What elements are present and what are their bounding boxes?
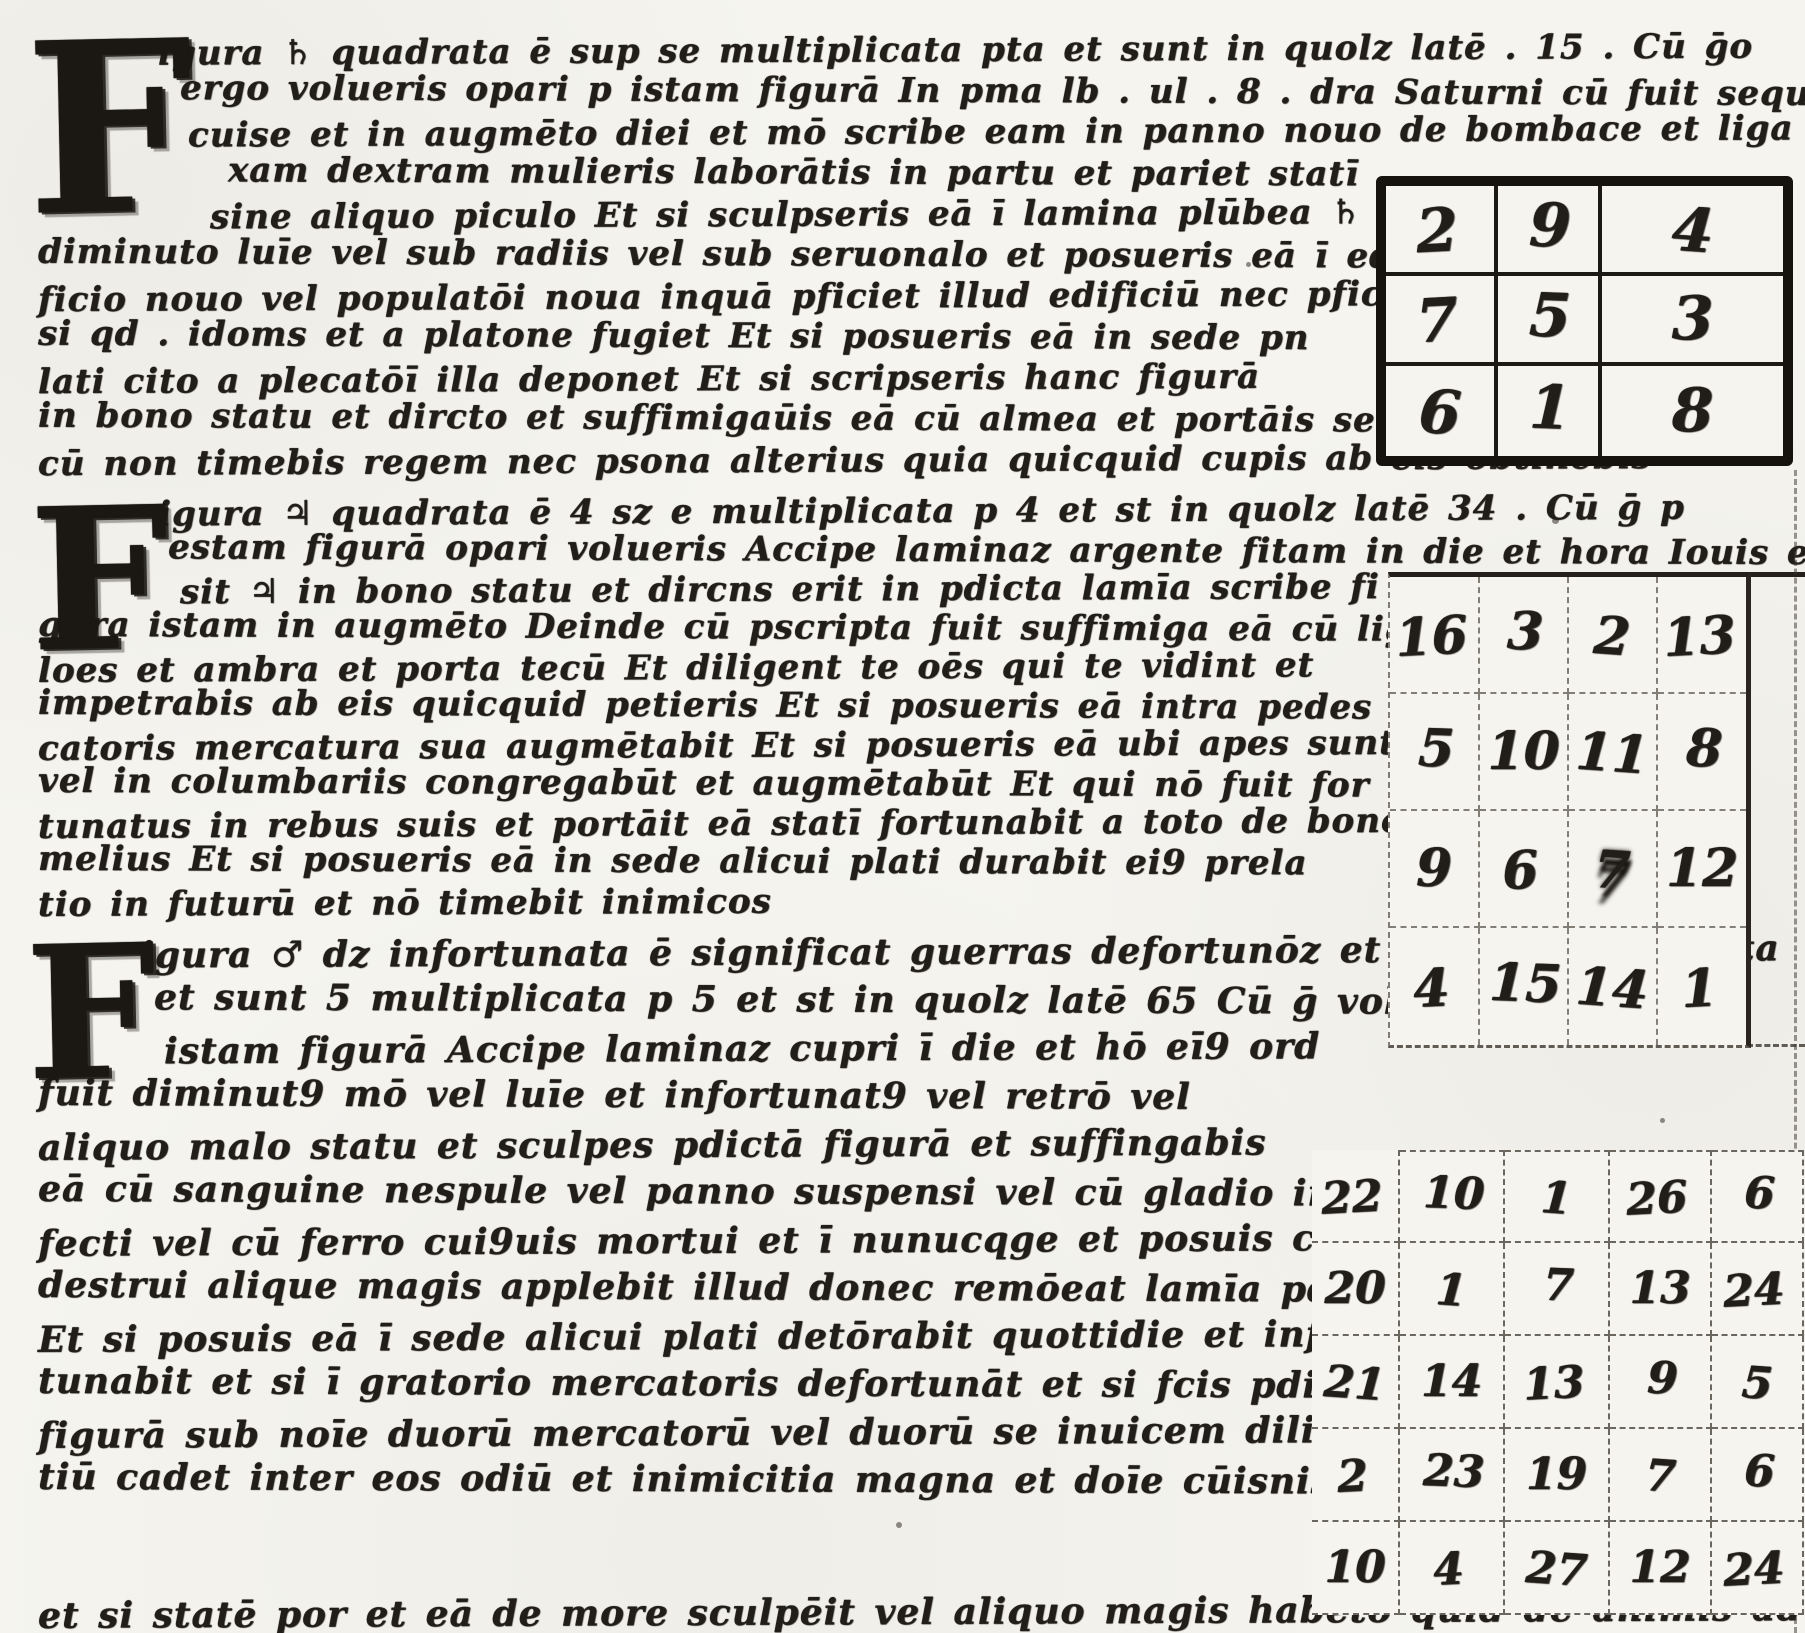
text-line: estam figurā opari volueris Accipe lamin…: [38, 528, 1805, 573]
square-cell-number: 26: [1625, 1172, 1689, 1226]
square-cell-number: 2: [1414, 195, 1459, 267]
square-cell: 10: [1312, 1522, 1400, 1615]
square-cell: 7: [1505, 1243, 1610, 1336]
square-cell: 24: [1712, 1522, 1804, 1615]
square-cell: 3: [1480, 577, 1569, 694]
square-cell: 4: [1400, 1522, 1505, 1615]
square-cell: 4: [1390, 928, 1480, 1045]
ink-speck: [896, 1522, 902, 1528]
magic-square-4x4: 16321351011896712415141: [1388, 572, 1751, 1048]
square-cell-number: 5: [1740, 1357, 1774, 1410]
square-cell: 14: [1569, 928, 1658, 1045]
square-cell: 1: [1498, 366, 1602, 456]
drop-cap-initial-mars: F: [24, 931, 158, 1096]
square-cell-number: 6: [1501, 839, 1540, 902]
square-cell-number: 12: [1666, 838, 1738, 899]
square-cell: 5: [1712, 1336, 1804, 1429]
square-cell: 6: [1712, 1429, 1804, 1522]
square-cell-number: 15: [1488, 952, 1562, 1015]
square-cell-number: 24: [1722, 1543, 1786, 1597]
square-cell: 5: [1390, 694, 1480, 811]
square-cell-number: 8: [1672, 376, 1714, 446]
square-cell-number: 13: [1522, 1357, 1586, 1411]
square-cell-number: 7: [1592, 839, 1632, 902]
square-cell: 9: [1390, 811, 1480, 928]
square-cell-number: 7: [1643, 1450, 1677, 1503]
square-cell-number: 1: [1528, 372, 1572, 443]
square-cell-number: 14: [1421, 1356, 1482, 1407]
square-cell-number: 9: [1528, 190, 1572, 261]
ink-speck: [1660, 1118, 1665, 1123]
square-cell: 2: [1386, 186, 1498, 276]
square-cell-number: 10: [1422, 1167, 1485, 1220]
square-cell: 16: [1390, 577, 1480, 694]
square-cell: 21: [1312, 1336, 1400, 1429]
square-cell: 1: [1505, 1150, 1610, 1243]
drop-cap-initial-jupiter: F: [28, 493, 171, 668]
square-cell: 27: [1505, 1522, 1610, 1615]
square-cell: 12: [1658, 811, 1746, 928]
square-cell: 9: [1610, 1336, 1712, 1429]
square-cell: 15: [1480, 928, 1569, 1045]
square-cell-number: 4: [1432, 1543, 1465, 1596]
square-cell: 10: [1400, 1150, 1505, 1243]
square-cell: 22: [1312, 1150, 1400, 1243]
square-cell-number: 7: [1542, 1260, 1574, 1312]
square-cell: 26: [1610, 1150, 1712, 1243]
square-cell-number: 19: [1526, 1449, 1587, 1500]
magic-square-5x5: 2210126620171324211413952231976104271224: [1312, 1150, 1804, 1615]
square-cell: 14: [1400, 1336, 1505, 1429]
square-cell: 5: [1498, 276, 1602, 366]
square-cell-number: 4: [1669, 195, 1716, 268]
square-cell-number: 12: [1629, 1542, 1690, 1593]
square-cell-number: 2: [1335, 1450, 1368, 1503]
square-cell-number: 21: [1323, 1356, 1388, 1411]
square-cell: 23: [1400, 1429, 1505, 1522]
square-cell: 20: [1312, 1243, 1400, 1336]
square-cell: 6: [1386, 366, 1498, 456]
square-cell-number: 20: [1324, 1263, 1385, 1314]
square-cell: 1: [1658, 928, 1746, 1045]
text-line: fuit diminut9 mō vel luīe et infortunat9…: [38, 1069, 1803, 1123]
square-cell: 9: [1498, 186, 1602, 276]
square-cell: 3: [1602, 276, 1783, 366]
square-cell: 8: [1658, 694, 1746, 811]
square-cell-number: 3: [1672, 284, 1714, 354]
square-cell: 11: [1569, 694, 1658, 811]
square-cell-number: 3: [1506, 600, 1544, 662]
square-cell-number: 6: [1417, 377, 1464, 450]
square-cell: 2: [1312, 1429, 1400, 1522]
square-cell: 8: [1602, 366, 1783, 456]
text-line: ergo volueris opari p istam figurā In pm…: [38, 68, 1805, 116]
square-cell-number: 6: [1743, 1168, 1775, 1220]
square-cell: 4: [1602, 186, 1783, 276]
square-cell-number: 9: [1416, 838, 1452, 899]
square-cell-number: 10: [1487, 721, 1559, 782]
square-cell: 13: [1610, 1243, 1712, 1336]
square-cell: 13: [1658, 577, 1746, 694]
square-cell: 24: [1712, 1243, 1804, 1336]
manuscript-page: F F F igura ♄ quadrata ē sup se multipli…: [0, 0, 1805, 1633]
ink-speck: [1552, 518, 1559, 524]
square-cell: 6: [1712, 1150, 1804, 1243]
square-cell: 10: [1480, 694, 1569, 811]
square-cell-number: 5: [1528, 280, 1572, 351]
square-cell-number: 9: [1646, 1353, 1678, 1405]
square-cell-number: 1: [1539, 1172, 1573, 1225]
square-cell-number: 1: [1434, 1264, 1468, 1317]
square-cell: 13: [1505, 1336, 1610, 1429]
square-cell: 19: [1505, 1429, 1610, 1522]
square-cell: 7: [1386, 276, 1498, 366]
square-cell: 6: [1480, 811, 1569, 928]
ink-speck: [1246, 262, 1251, 267]
square-cell: 2: [1569, 577, 1658, 694]
square-cell-number: 23: [1422, 1445, 1485, 1498]
magic-square-3x3: 294753618: [1376, 176, 1793, 466]
square-cell-number: 5: [1417, 717, 1455, 779]
square-cell: 7: [1610, 1429, 1712, 1522]
square-cell-number: 2: [1592, 605, 1632, 668]
square-cell: 7: [1569, 811, 1658, 928]
square-cell-number: 11: [1574, 721, 1650, 787]
square-cell-number: 16: [1393, 604, 1468, 669]
square-cell-number: 13: [1661, 604, 1736, 669]
square-cell-number: 13: [1629, 1263, 1690, 1314]
square-cell-number: 10: [1324, 1542, 1385, 1593]
square-cell-number: 14: [1574, 956, 1650, 1022]
square-cell-number: 27: [1524, 1542, 1589, 1597]
square-cell-number: 6: [1743, 1446, 1775, 1498]
square-cell-number: 8: [1685, 717, 1723, 779]
square-cell-number: 7: [1414, 285, 1459, 357]
square-cell: 1: [1400, 1243, 1505, 1336]
square-cell: 12: [1610, 1522, 1712, 1615]
square-cell-number: 22: [1320, 1171, 1384, 1225]
drop-cap-initial-saturn: F: [24, 24, 196, 232]
square-cell-number: 24: [1722, 1264, 1786, 1318]
square-cell-number: 1: [1679, 957, 1718, 1020]
square-cell-number: 4: [1411, 957, 1450, 1020]
